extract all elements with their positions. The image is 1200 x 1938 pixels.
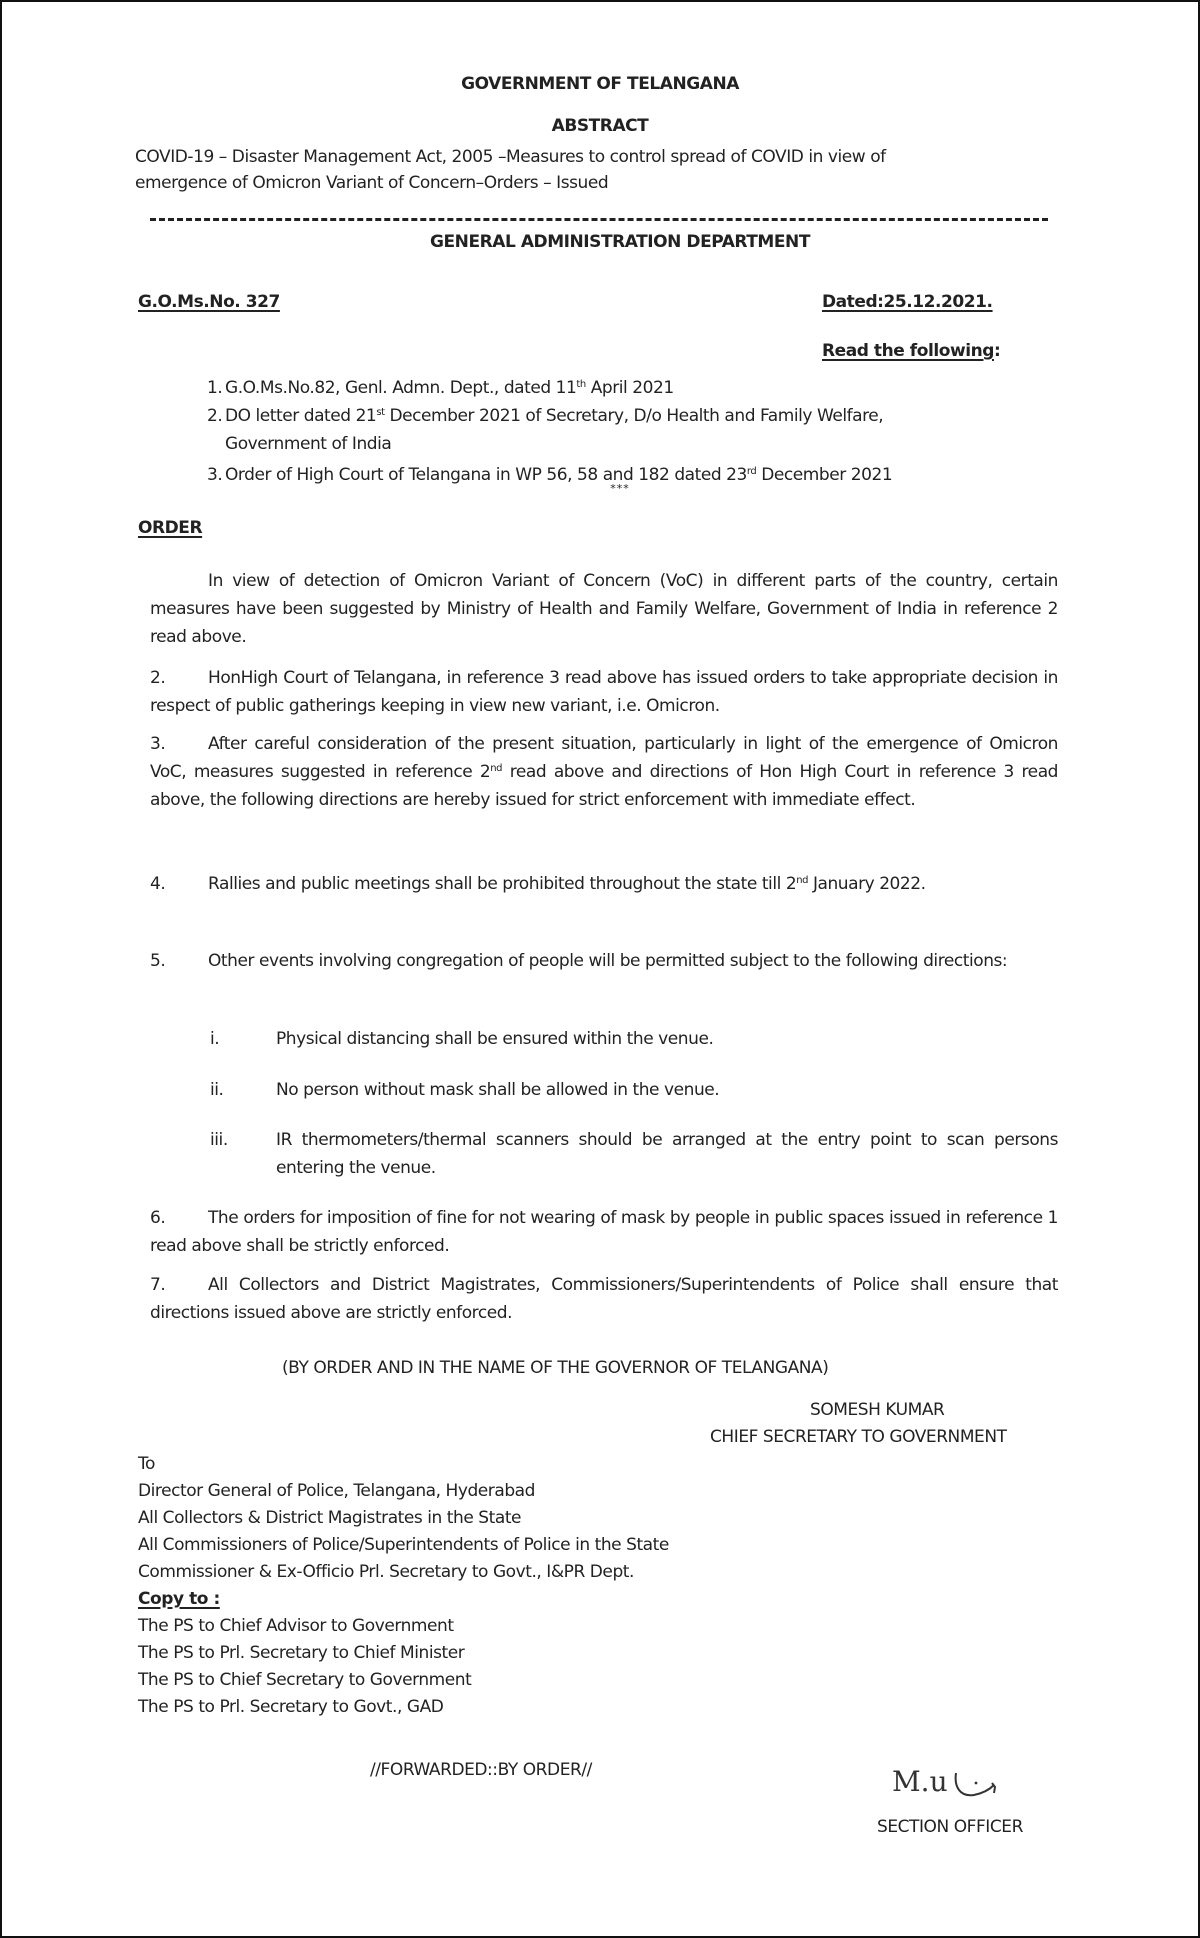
order-paragraph-2: 2.HonHigh Court of Telangana, in referen… (150, 664, 1058, 720)
direction-ii: ii. No person without mask shall be allo… (210, 1076, 1058, 1104)
signature-flourish-icon (952, 1771, 1002, 1801)
to-recipient: All Collectors & District Magistrates in… (138, 1505, 521, 1532)
reference-text-part: DO letter dated 21 (225, 406, 376, 426)
paragraph-text: Other events involving congregation of p… (208, 951, 1007, 971)
reference-text-part: G.O.Ms.No.82, Genl. Admn. Dept., dated 1… (225, 378, 576, 398)
ordinal-suffix: rd (747, 466, 756, 477)
reference-text-part: Government of India (225, 434, 391, 454)
order-intro-text: In view of detection of Omicron Variant … (150, 571, 1058, 647)
paragraph-number: 3. (150, 730, 208, 758)
reference-number: 1. (207, 374, 222, 402)
reference-number: 2. (207, 402, 222, 430)
copy-to-recipient: The PS to Prl. Secretary to Govt., GAD (138, 1694, 443, 1721)
paragraph-text: January 2022. (808, 874, 926, 894)
read-following-heading: Read the following: (822, 341, 1000, 361)
to-recipient: Commissioner & Ex-Officio Prl. Secretary… (138, 1559, 634, 1586)
order-intro: In view of detection of Omicron Variant … (150, 567, 1058, 651)
government-order-page: GOVERNMENT OF TELANGANA ABSTRACT COVID-1… (0, 0, 1200, 1938)
reference-text: G.O.Ms.No.82, Genl. Admn. Dept., dated 1… (225, 374, 1067, 402)
department-title: GENERAL ADMINISTRATION DEPARTMENT (42, 232, 1198, 252)
go-number: G.O.Ms.No. 327 (138, 292, 280, 312)
direction-iii: iii. IR thermometers/thermal scanners sh… (210, 1126, 1058, 1182)
read-following-label: Read the following (822, 341, 994, 361)
direction-i: i. Physical distancing shall be ensured … (210, 1025, 1058, 1053)
order-heading: ORDER (138, 518, 202, 538)
paragraph-text: All Collectors and District Magistrates,… (150, 1275, 1058, 1323)
reference-1: 1. G.O.Ms.No.82, Genl. Admn. Dept., date… (207, 374, 1067, 402)
copy-to-recipient: The PS to Chief Secretary to Government (138, 1667, 471, 1694)
ordinal-suffix: st (376, 407, 384, 418)
dashed-separator (150, 218, 1048, 221)
go-date: Dated:25.12.2021. (822, 292, 993, 312)
copy-to-label: Copy to : (138, 1586, 220, 1613)
order-paragraph-4: 4.Rallies and public meetings shall be p… (150, 870, 1058, 898)
abstract-line-2: emergence of Omicron Variant of Concern–… (135, 170, 1065, 196)
direction-number: ii. (210, 1076, 250, 1104)
paragraph-number: 4. (150, 870, 208, 898)
to-label: To (138, 1451, 155, 1478)
paragraph-text: HonHigh Court of Telangana, in reference… (150, 668, 1058, 716)
authority-line: (BY ORDER AND IN THE NAME OF THE GOVERNO… (282, 1358, 828, 1378)
order-paragraph-6: 6.The orders for imposition of fine for … (150, 1204, 1058, 1260)
reference-2: 2. DO letter dated 21st December 2021 of… (207, 402, 1067, 458)
abstract-line-1: COVID-19 – Disaster Management Act, 2005… (135, 144, 1065, 170)
reference-text-part: December 2021 of Secretary, D/o Health a… (385, 406, 884, 426)
copy-to-recipient: The PS to Prl. Secretary to Chief Minist… (138, 1640, 464, 1667)
paragraph-number: 2. (150, 664, 208, 692)
ordinal-suffix: nd (490, 763, 502, 774)
to-recipient: All Commissioners of Police/Superintende… (138, 1532, 669, 1559)
signatory-title: CHIEF SECRETARY TO GOVERNMENT (710, 1427, 1007, 1447)
paragraph-text: The orders for imposition of fine for no… (150, 1208, 1058, 1256)
direction-number: iii. (210, 1126, 250, 1154)
to-recipient: Director General of Police, Telangana, H… (138, 1478, 535, 1505)
paragraph-number: 6. (150, 1204, 208, 1232)
ordinal-suffix: th (576, 379, 585, 390)
copy-to-recipient: The PS to Chief Advisor to Government (138, 1613, 454, 1640)
signatory-name: SOMESH KUMAR (810, 1400, 944, 1420)
signature-initials: M.u (892, 1765, 948, 1798)
paragraph-number: 5. (150, 947, 208, 975)
signature-mark: M.u (892, 1765, 1002, 1805)
read-following-colon: : (994, 341, 1000, 361)
order-paragraph-5: 5.Other events involving congregation of… (150, 947, 1058, 975)
reference-text-part: April 2021 (586, 378, 674, 398)
section-officer-title: SECTION OFFICER (877, 1817, 1023, 1837)
reference-text: DO letter dated 21st December 2021 of Se… (225, 402, 1067, 458)
direction-number: i. (210, 1025, 250, 1053)
forwarded-line: //FORWARDED::BY ORDER// (370, 1760, 592, 1780)
government-title: GOVERNMENT OF TELANGANA (2, 74, 1198, 94)
abstract-heading: ABSTRACT (2, 116, 1198, 136)
abstract-text: COVID-19 – Disaster Management Act, 2005… (135, 144, 1065, 196)
stars-separator: *** (42, 482, 1198, 495)
direction-text: IR thermometers/thermal scanners should … (276, 1126, 1058, 1182)
direction-text: No person without mask shall be allowed … (276, 1076, 1058, 1104)
order-paragraph-3: 3.After careful consideration of the pre… (150, 730, 1058, 814)
ordinal-suffix: nd (796, 875, 808, 886)
order-paragraph-7: 7.All Collectors and District Magistrate… (150, 1271, 1058, 1327)
paragraph-number: 7. (150, 1271, 208, 1299)
direction-text: Physical distancing shall be ensured wit… (276, 1025, 1058, 1053)
paragraph-text: Rallies and public meetings shall be pro… (208, 874, 796, 894)
